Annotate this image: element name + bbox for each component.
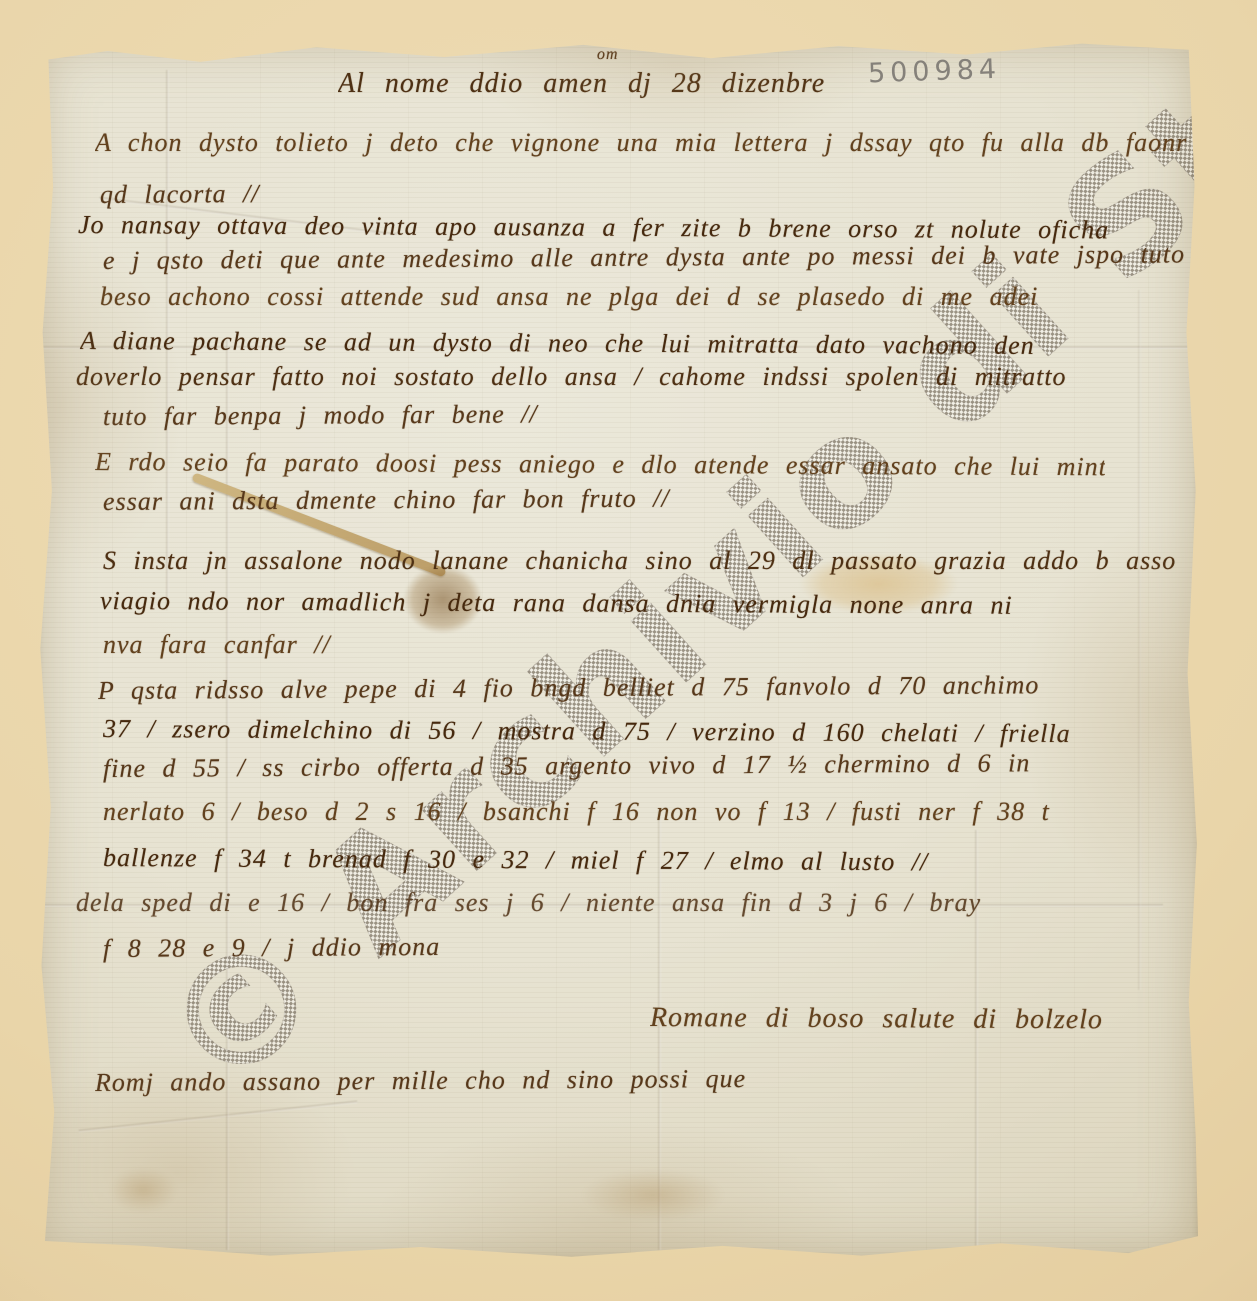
manuscript-line: fine d 55 / ss cirbo offerta d 35 argent… [103,748,1123,784]
manuscript-line: S insta jn assalone nodo lanane chanicha… [103,546,1178,576]
manuscript-line: e j qsto deti que ante medesimo alle ant… [103,239,1193,276]
signature-line: Romane di boso salute di bolzelo [650,1002,1160,1037]
manuscript-line: f 8 28 e 9 / j ddio mona [103,931,583,964]
manuscript-line: qd lacorta // [100,178,400,210]
manuscript-line: A diane pachane se ad un dysto di neo ch… [80,326,1190,362]
manuscript-line: doverlo pensar fatto noi sostato dello a… [76,362,1196,392]
manuscript-line: tuto far benpa j modo far bene // [103,399,643,432]
manuscript-line: essar ani dsta dmente chino far bon frut… [103,482,953,517]
manuscript-line: dela sped di e 16 / bon fra ses j 6 / ni… [76,888,1191,918]
document-scan: { "scan": { "archival_number": "500984",… [0,0,1257,1301]
manuscript-line: viagio ndo nor amadlich j deta rana dans… [100,586,1160,622]
manuscript-line: nva fara canfar // [103,630,423,660]
handwriting-layer: om Al nome ddio amen dj 28 dizenbre 1385… [38,40,1198,1258]
manuscript-line: 37 / zsero dimelchino di 56 / mostra d 7… [103,714,1183,750]
postscript-line: Romj ando assano per mille cho nd sino p… [95,1064,825,1098]
header-line: Al nome ddio amen dj 28 dizenbre 1385 [338,68,838,100]
date-superscript: om [597,46,619,64]
letter-paper: © Archivio di Stato di Prato om Al nome … [38,40,1198,1258]
manuscript-line: E rdo seio fa parato doosi pess aniego e… [95,447,1105,482]
manuscript-line: P qsta ridsso alve pepe di 4 fio bngd be… [98,669,1188,706]
archival-number: 500984 [867,54,1001,90]
manuscript-line: ballenze f 34 t brenad f 30 e 32 / miel … [103,843,1163,879]
manuscript-line: A chon dysto tolieto j deto che vignone … [95,128,1200,158]
manuscript-line: beso achono cossi attende sud ansa ne pl… [100,282,1170,312]
manuscript-line: nerlato 6 / beso d 2 s 16 / bsanchi f 16… [103,797,1188,827]
